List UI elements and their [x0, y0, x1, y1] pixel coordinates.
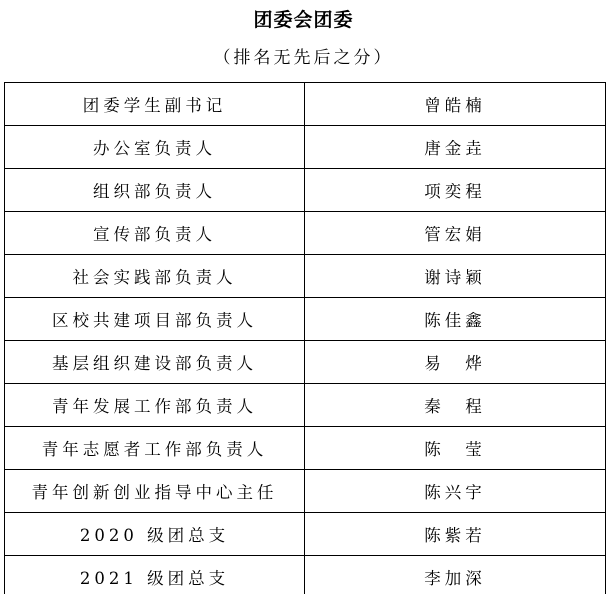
name-cell: 陈佳鑫	[305, 298, 606, 341]
document-subtitle: （排名无先后之分）	[0, 46, 607, 70]
role-cell: 基层组织建设部负责人	[5, 341, 305, 384]
role-cell: 青年创新创业指导中心主任	[5, 470, 305, 513]
table-row: 宣传部负责人 管宏娟	[5, 212, 606, 255]
role-cell: 宣传部负责人	[5, 212, 305, 255]
role-cell: 区校共建项目部负责人	[5, 298, 305, 341]
role-cell: 2021 级团总支	[5, 556, 305, 594]
table-row: 办公室负责人 唐金垚	[5, 126, 606, 169]
role-cell: 2020 级团总支	[5, 513, 305, 556]
table-row: 2020 级团总支 陈紫若	[5, 513, 606, 556]
table-row: 青年志愿者工作部负责人 陈 莹	[5, 427, 606, 470]
table-row: 团委学生副书记 曾皓楠	[5, 83, 606, 126]
name-cell: 谢诗颖	[305, 255, 606, 298]
table-row: 区校共建项目部负责人 陈佳鑫	[5, 298, 606, 341]
role-cell: 社会实践部负责人	[5, 255, 305, 298]
name-cell: 唐金垚	[305, 126, 606, 169]
table-row: 青年创新创业指导中心主任 陈兴宇	[5, 470, 606, 513]
table-row: 组织部负责人 项奕程	[5, 169, 606, 212]
role-cell: 组织部负责人	[5, 169, 305, 212]
name-cell: 秦 程	[305, 384, 606, 427]
table-row: 社会实践部负责人 谢诗颖	[5, 255, 606, 298]
table-row: 2021 级团总支 李加深	[5, 556, 606, 594]
name-cell: 陈兴宇	[305, 470, 606, 513]
role-cell: 青年志愿者工作部负责人	[5, 427, 305, 470]
name-cell: 陈紫若	[305, 513, 606, 556]
table-row: 基层组织建设部负责人 易 烨	[5, 341, 606, 384]
name-cell: 李加深	[305, 556, 606, 594]
name-cell: 管宏娟	[305, 212, 606, 255]
document-title: 团委会团委	[0, 8, 607, 32]
name-cell: 陈 莹	[305, 427, 606, 470]
roster-table: 团委学生副书记 曾皓楠 办公室负责人 唐金垚 组织部负责人 项奕程 宣传部负责人…	[4, 82, 606, 594]
role-cell: 团委学生副书记	[5, 83, 305, 126]
name-cell: 项奕程	[305, 169, 606, 212]
name-cell: 曾皓楠	[305, 83, 606, 126]
role-cell: 青年发展工作部负责人	[5, 384, 305, 427]
role-cell: 办公室负责人	[5, 126, 305, 169]
name-cell: 易 烨	[305, 341, 606, 384]
table-row: 青年发展工作部负责人 秦 程	[5, 384, 606, 427]
